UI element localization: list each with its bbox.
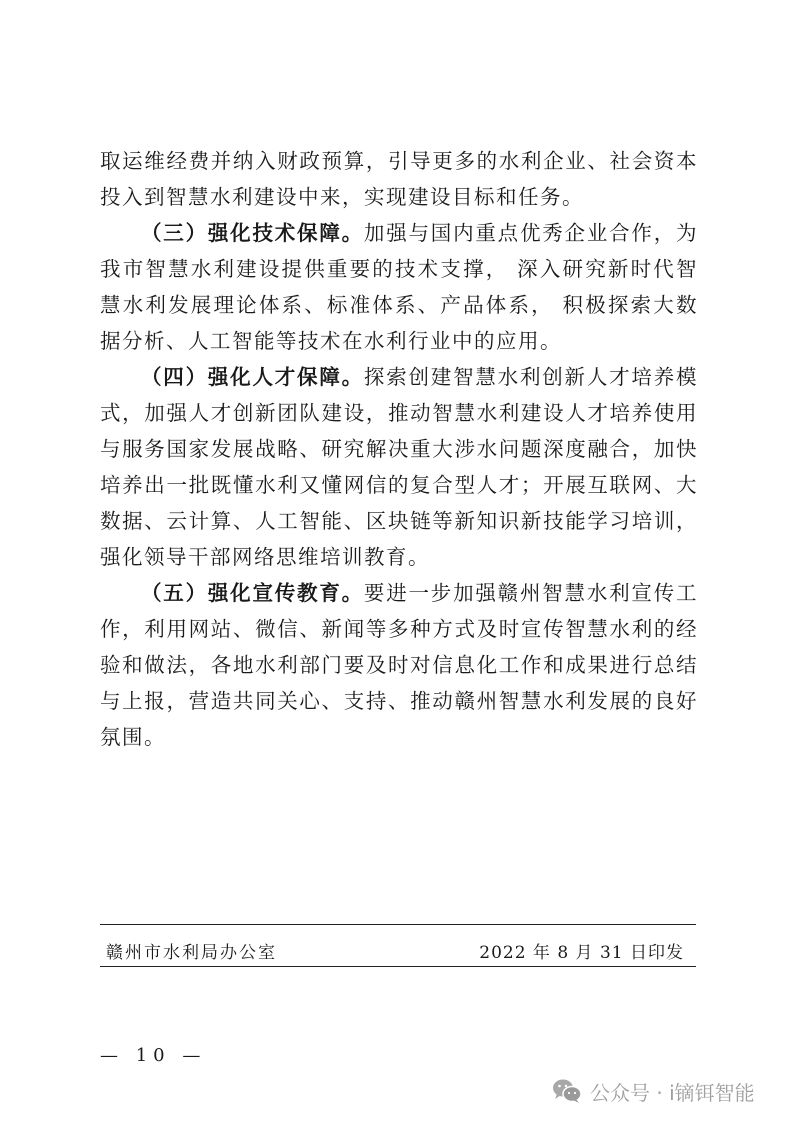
document-body: 取运维经费并纳入财政预算，引导更多的水利企业、社会资本投入到智慧水利建设中来，实… <box>100 143 698 755</box>
footer-divider <box>100 924 696 925</box>
wechat-icon <box>552 1078 582 1104</box>
section-heading-publicity: （五）强化宣传教育。 <box>141 581 364 605</box>
issue-date: 2022 年 8 月 31 日印发 <box>479 940 684 966</box>
paragraph-continuation: 取运维经费并纳入财政预算，引导更多的水利企业、社会资本投入到智慧水利建设中来，实… <box>100 143 698 215</box>
issuance-footer: 赣州市水利局办公室 2022 年 8 月 31 日印发 <box>100 940 696 967</box>
section-heading-tech: （三）强化技术保障。 <box>141 221 364 245</box>
paragraph-tech-support: （三）强化技术保障。加强与国内重点优秀企业合作，为我市智慧水利建设提供重要的技术… <box>100 215 698 359</box>
paragraph-text: 取运维经费并纳入财政预算，引导更多的水利企业、社会资本投入到智慧水利建设中来，实… <box>100 149 698 209</box>
paragraph-text: 要进一步加强赣州智慧水利宣传工作，利用网站、微信、新闻等多种方式及时宣传智慧水利… <box>100 581 698 749</box>
watermark-text: 公众号 · i镝铒智能 <box>590 1077 755 1106</box>
watermark: 公众号 · i镝铒智能 <box>552 1073 755 1109</box>
section-heading-talent: （四）强化人才保障。 <box>141 365 364 389</box>
paragraph-talent: （四）强化人才保障。探索创建智慧水利创新人才培养模式，加强人才创新团队建设，推动… <box>100 359 698 575</box>
page-number: — 10 — <box>100 1045 206 1066</box>
paragraph-text: 探索创建智慧水利创新人才培养模式，加强人才创新团队建设，推动智慧水利建设人才培养… <box>100 365 698 569</box>
paragraph-publicity: （五）强化宣传教育。要进一步加强赣州智慧水利宣传工作，利用网站、微信、新闻等多种… <box>100 575 698 755</box>
issuer-label: 赣州市水利局办公室 <box>106 940 277 966</box>
